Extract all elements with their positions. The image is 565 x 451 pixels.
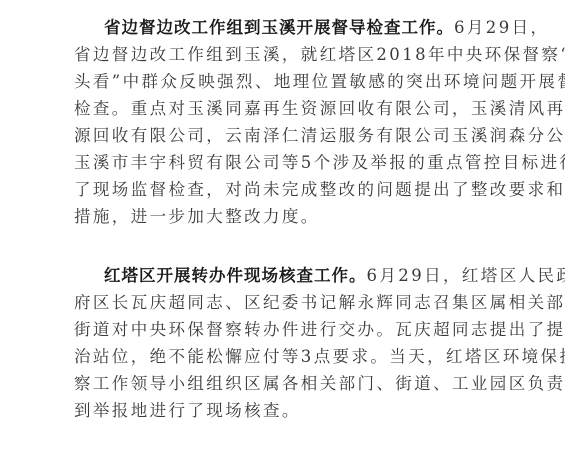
paragraph-heading: 红塔区开展转办件现场核查工作。 — [104, 266, 367, 285]
document-page: 省边督边改工作组到玉溪开展督导检查工作。6月29日， 省边督边改工作组到玉溪，就… — [0, 0, 565, 451]
text-line: 源回收有限公司，云南泽仁清运服务有限公司玉溪润森分公司， — [74, 122, 514, 149]
text-line: 6月29日， — [454, 18, 549, 37]
paragraph-verification: 红塔区开展转办件现场核查工作。6月29日，红塔区人民政 府区长瓦庆超同志、区纪委… — [74, 262, 514, 424]
text-line: 头看”中群众反映强烈、地理位置敏感的突出环境问题开展督导 — [74, 68, 514, 95]
text-line: 府区长瓦庆超同志、区纪委书记解永辉同志召集区属相关部门、 — [74, 289, 514, 316]
text-line: 了现场监督检查，对尚未完成整改的问题提出了整改要求和整改 — [74, 176, 514, 203]
paragraph-first-line: 省边督边改工作组到玉溪开展督导检查工作。6月29日， — [74, 14, 514, 41]
text-line: 治站位，绝不能松懈应付等3点要求。当天，红塔区环境保护督 — [74, 343, 514, 370]
text-line: 到举报地进行了现场核查。 — [74, 397, 514, 424]
text-line: 察工作领导小组组织区属各相关部门、街道、工业园区负责同志 — [74, 370, 514, 397]
paragraph-inspection: 省边督边改工作组到玉溪开展督导检查工作。6月29日， 省边督边改工作组到玉溪，就… — [74, 14, 514, 230]
text-line: 6月29日，红塔区人民政 — [367, 266, 565, 285]
text-line: 措施，进一步加大整改力度。 — [74, 203, 514, 230]
paragraph-heading: 省边督边改工作组到玉溪开展督导检查工作。 — [104, 18, 454, 37]
text-line: 省边督边改工作组到玉溪，就红塔区2018年中央环保督察“回 — [74, 41, 514, 68]
text-line: 玉溪市丰宇科贸有限公司等5个涉及举报的重点管控目标进行 — [74, 149, 514, 176]
text-line: 街道对中央环保督察转办件进行交办。瓦庆超同志提出了提高政 — [74, 316, 514, 343]
paragraph-first-line: 红塔区开展转办件现场核查工作。6月29日，红塔区人民政 — [74, 262, 514, 289]
text-line: 检查。重点对玉溪同嘉再生资源回收有限公司，玉溪清风再生资 — [74, 95, 514, 122]
